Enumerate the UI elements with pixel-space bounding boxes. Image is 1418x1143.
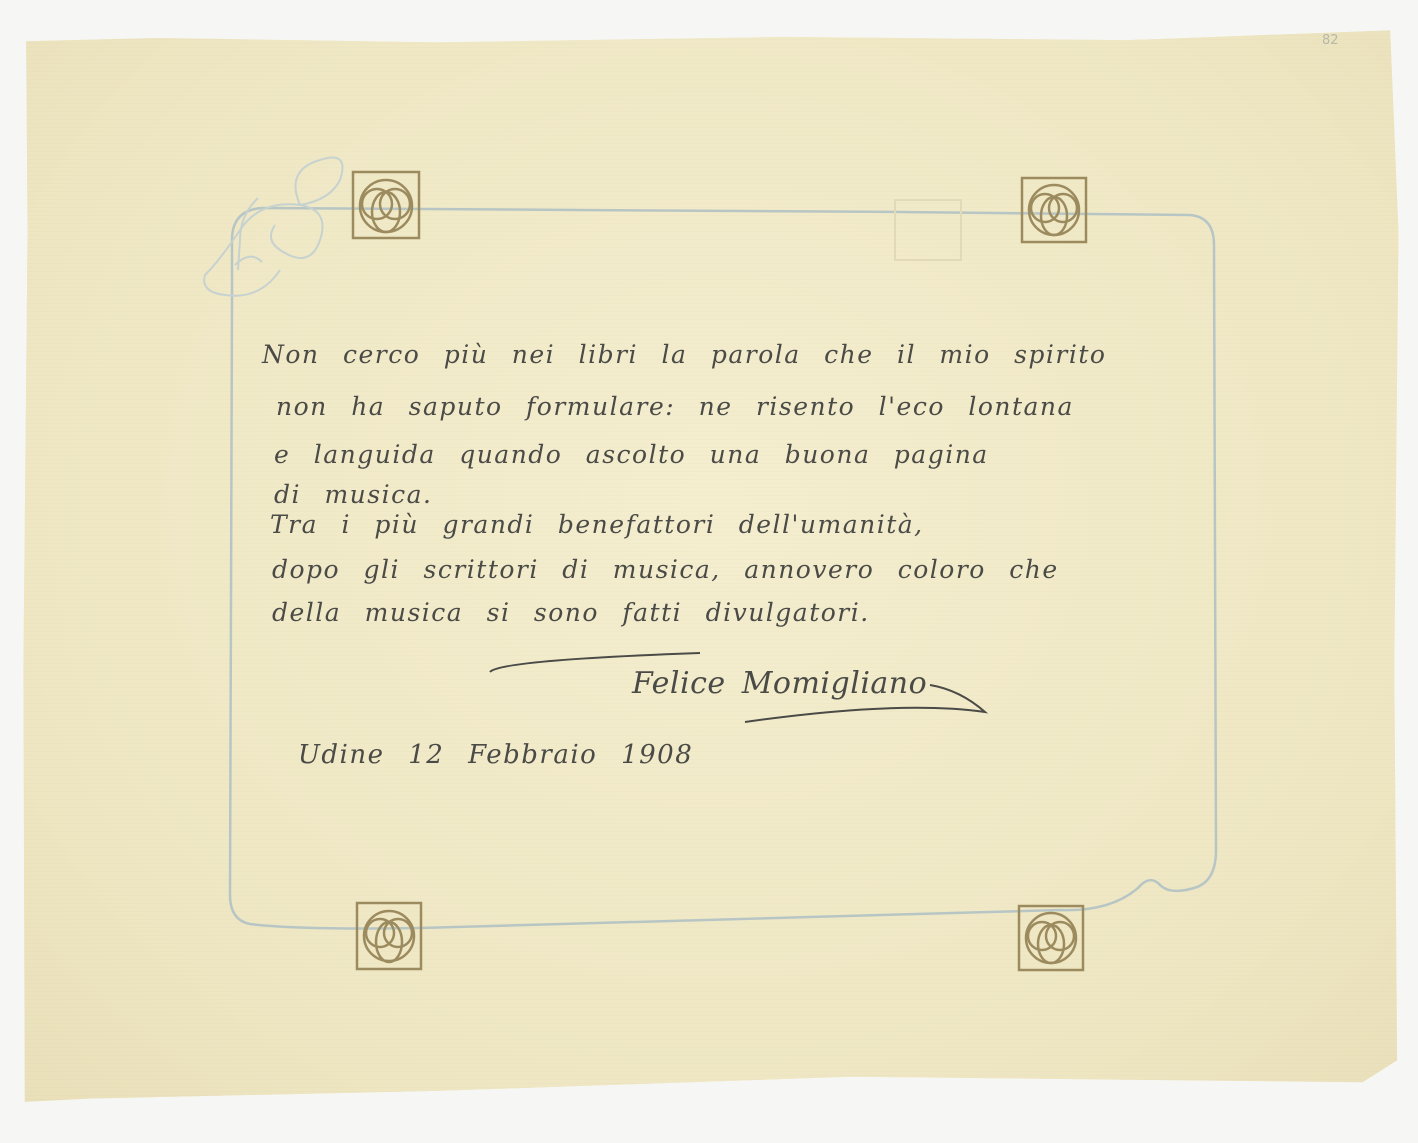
letter-line: Tra i più grandi benefattori dell'umanit… <box>270 510 924 539</box>
signature: Felice Momigliano <box>632 666 927 701</box>
gold-square-rose-icon <box>353 172 419 238</box>
letter-line: di musica. <box>274 480 432 509</box>
gold-square-rose-icon <box>357 903 421 969</box>
letter-line: e languida quando ascolto una buona pagi… <box>274 440 989 469</box>
flourish-ornament <box>204 158 342 296</box>
place-date: Udine 12 Febbraio 1908 <box>298 740 693 770</box>
gold-square-rose-icon <box>1022 178 1086 242</box>
ghost-ornament <box>895 200 961 260</box>
letter-line: della musica si sono fatti divulgatori. <box>272 598 870 627</box>
letter-line: Non cerco più nei libri la parola che il… <box>262 340 1106 369</box>
gold-square-rose-icon <box>1019 906 1083 970</box>
letter-line: dopo gli scrittori di musica, annovero c… <box>272 555 1059 584</box>
letter-line: non ha saputo formulare: ne risento l'ec… <box>276 392 1074 421</box>
